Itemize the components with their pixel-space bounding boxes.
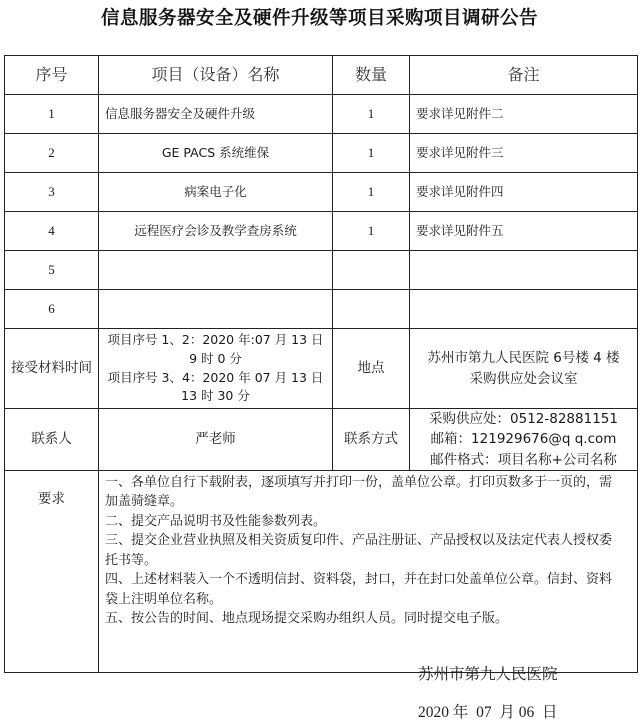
submission-time-row: 接受材料时间 项目序号 1、2：2020 年:07 月 13 日 9 时 0 分… [5,329,638,409]
row-remarks [410,251,638,290]
contact-person-label: 联系人 [5,409,99,471]
location-line: 苏州市第九人民医院 6号楼 4 楼 [410,348,637,368]
location-value: 苏州市第九人民医院 6号楼 4 楼 采购供应处会议室 [410,329,638,409]
row-item-name: GE PACS 系统维保 [99,134,333,173]
location-line: 采购供应处会议室 [410,369,637,389]
row-quantity: 1 [333,173,410,212]
requirement-line: 二、提交产品说明书及性能参数列表。 [105,512,629,532]
row-serial: 1 [5,95,99,134]
requirement-line: 托书等。 [105,551,629,571]
contact-email: 邮箱：121929676@q q.com [410,429,637,449]
table-header-row: 序号 项目（设备）名称 数量 备注 [5,56,638,95]
time-line: 项目序号 1、2：2020 年:07 月 13 日 [99,331,332,350]
submission-time-value: 项目序号 1、2：2020 年:07 月 13 日 9 时 0 分 项目序号 3… [99,329,333,409]
row-quantity: 1 [333,95,410,134]
row-remarks: 要求详见附件四 [410,173,638,212]
location-label: 地点 [333,329,410,409]
row-serial: 3 [5,173,99,212]
row-item-name: 远程医疗会诊及教学查房系统 [99,212,333,251]
table-row: 4 远程医疗会诊及教学查房系统 1 要求详见附件五 [5,212,638,251]
header-remarks: 备注 [410,56,638,95]
submission-time-label: 接受材料时间 [5,329,99,409]
table-row: 6 [5,290,638,329]
table-row: 3 病案电子化 1 要求详见附件四 [5,173,638,212]
row-serial: 6 [5,290,99,329]
contact-row: 联系人 严老师 联系方式 采购供应处：0512-82881151 邮箱：1219… [5,409,638,471]
row-remarks: 要求详见附件五 [410,212,638,251]
requirement-line: 五、按公告的时间、地点现场提交采购办组织人员。同时提交电子版。 [105,609,629,629]
contact-person-value: 严老师 [99,409,333,471]
header-quantity: 数量 [333,56,410,95]
time-line: 项目序号 3、4：2020 年 07 月 13 日 [99,369,332,388]
contact-phone: 采购供应处：0512-82881151 [410,409,637,429]
time-line: 9 时 0 分 [99,350,332,369]
header-item-name: 项目（设备）名称 [99,56,333,95]
requirements-label: 要求 [5,470,99,672]
table-row: 5 [5,251,638,290]
row-quantity [333,251,410,290]
table-row: 1 信息服务器安全及硬件升级 1 要求详见附件二 [5,95,638,134]
row-quantity: 1 [333,134,410,173]
row-item-name [99,290,333,329]
row-quantity [333,290,410,329]
issue-date: 2020 年 07 月 06 日 [418,700,558,722]
issuing-organization: 苏州市第九人民医院 [418,662,558,684]
row-item-name: 信息服务器安全及硬件升级 [99,95,333,134]
contact-method-value: 采购供应处：0512-82881151 邮箱：121929676@q q.com… [410,409,638,471]
header-serial: 序号 [5,56,99,95]
row-quantity: 1 [333,212,410,251]
requirement-line: 加盖骑缝章。 [105,492,629,512]
requirements-row: 要求 一、各单位自行下载附表，逐项填写并打印一份，盖单位公章。打印页数多于一页的… [5,470,638,672]
row-serial: 5 [5,251,99,290]
requirement-line: 三、提交企业营业执照及相关资质复印件、产品注册证、产品授权以及法定代表人授权委 [105,531,629,551]
row-remarks [410,290,638,329]
contact-email-format: 邮件格式：项目名称+公司名称 [410,450,637,470]
table-row: 2 GE PACS 系统维保 1 要求详见附件三 [5,134,638,173]
row-serial: 2 [5,134,99,173]
row-remarks: 要求详见附件二 [410,95,638,134]
row-remarks: 要求详见附件三 [410,134,638,173]
row-serial: 4 [5,212,99,251]
time-line: 13 时 30 分 [99,387,332,406]
requirement-line: 一、各单位自行下载附表，逐项填写并打印一份，盖单位公章。打印页数多于一页的，需 [105,473,629,493]
document-title: 信息服务器安全及硬件升级等项目采购项目调研公告 [0,4,639,30]
requirement-line: 四、上述材料装入一个不透明信封、资料袋，封口，并在封口处盖单位公章。信封、资料 [105,570,629,590]
contact-method-label: 联系方式 [333,409,410,471]
requirement-line: 袋上注明单位名称。 [105,590,629,610]
procurement-table: 序号 项目（设备）名称 数量 备注 1 信息服务器安全及硬件升级 1 要求详见附… [4,55,638,673]
row-item-name [99,251,333,290]
row-item-name: 病案电子化 [99,173,333,212]
requirements-body: 一、各单位自行下载附表，逐项填写并打印一份，盖单位公章。打印页数多于一页的，需 … [99,470,638,672]
